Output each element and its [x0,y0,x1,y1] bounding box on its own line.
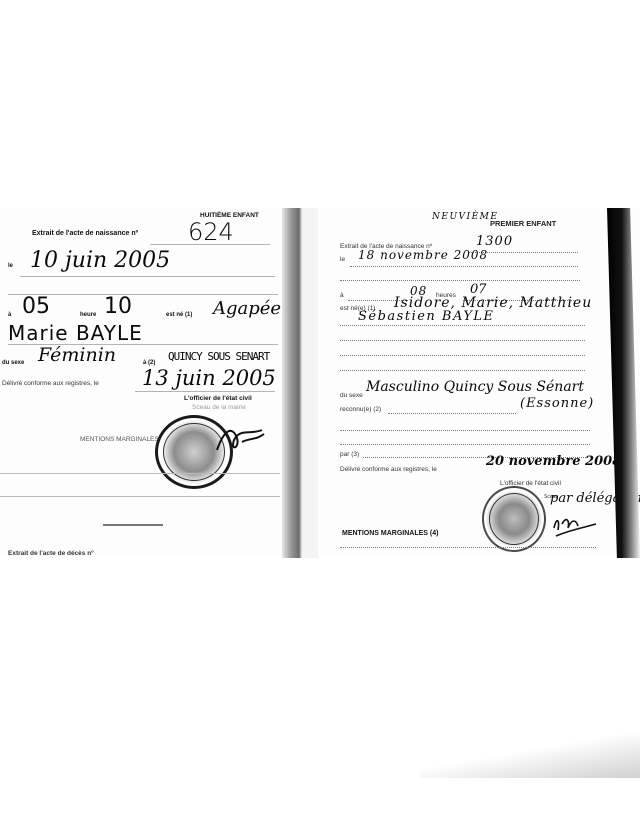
corner-shadow [420,730,640,778]
name-line-2: Marie BAYLE [8,321,143,345]
town-hall-stamp [482,486,546,552]
extract-label: Extrait de l'acte de naissance nº [32,230,138,237]
sex-value: Féminin [38,344,116,366]
right-page-birth-extract: NEUVIÈME PREMIER ENFANT Extrait de l'act… [318,208,640,558]
rank-printed: PREMIER ENFANT [490,219,556,228]
sex-label: du sexe [340,392,363,399]
left-page-birth-extract: HUITIÈME ENFANT Extrait de l'acte de nai… [0,208,300,558]
sex-label: du sexe [2,360,24,366]
delivered-date: 20 novembre 2008 [486,454,621,469]
officer-label: L'officier de l'état civil [184,395,252,402]
extract-number: 1300 [476,234,513,249]
officer-signature [550,510,600,540]
name-line-2: Sébastien BAYLE [358,309,495,324]
officer-signature [212,420,267,460]
time-prefix: à [340,292,344,299]
binding-shadow [282,208,302,558]
born-label: est né (1) [166,312,192,318]
rank-handwritten: NEUVIÈME [432,212,498,222]
birth-date: 10 juin 2005 [30,248,170,273]
delivered-date: 13 juin 2005 [142,366,276,390]
time-prefix: à [8,312,11,318]
date-prefix: le [8,263,13,269]
extract-number: 624 [188,218,234,246]
recognized-label: reconnu(e) (2) [340,406,381,413]
birth-date: 18 novembre 2008 [358,248,488,262]
minutes: 10 [104,294,132,319]
delivered-label: Délivré conforme aux registres, le [2,380,99,387]
by-label: par (3) [340,451,359,458]
date-prefix: le [340,256,345,263]
hour-label: heure [80,312,96,318]
place-value: QUINCY SOUS SENART [168,350,269,363]
given-name: Agapée [213,298,281,319]
department: (Essonne) [520,396,594,411]
mentions-label: MENTIONS MARGINALES (4) [342,530,438,537]
seal-label: Sceau de la mairie [192,404,246,411]
sex-and-place: Masculino Quincy Sous Sénart [366,379,584,395]
scanned-booklet: HUITIÈME ENFANT Extrait de l'acte de nai… [0,208,640,558]
mentions-label: MENTIONS MARGINALES [80,436,159,443]
hour: 05 [22,294,50,319]
footer-label: Extrait de l'acte de décès nº [8,550,94,557]
delivered-label: Délivré conforme aux registres, le [340,466,437,473]
